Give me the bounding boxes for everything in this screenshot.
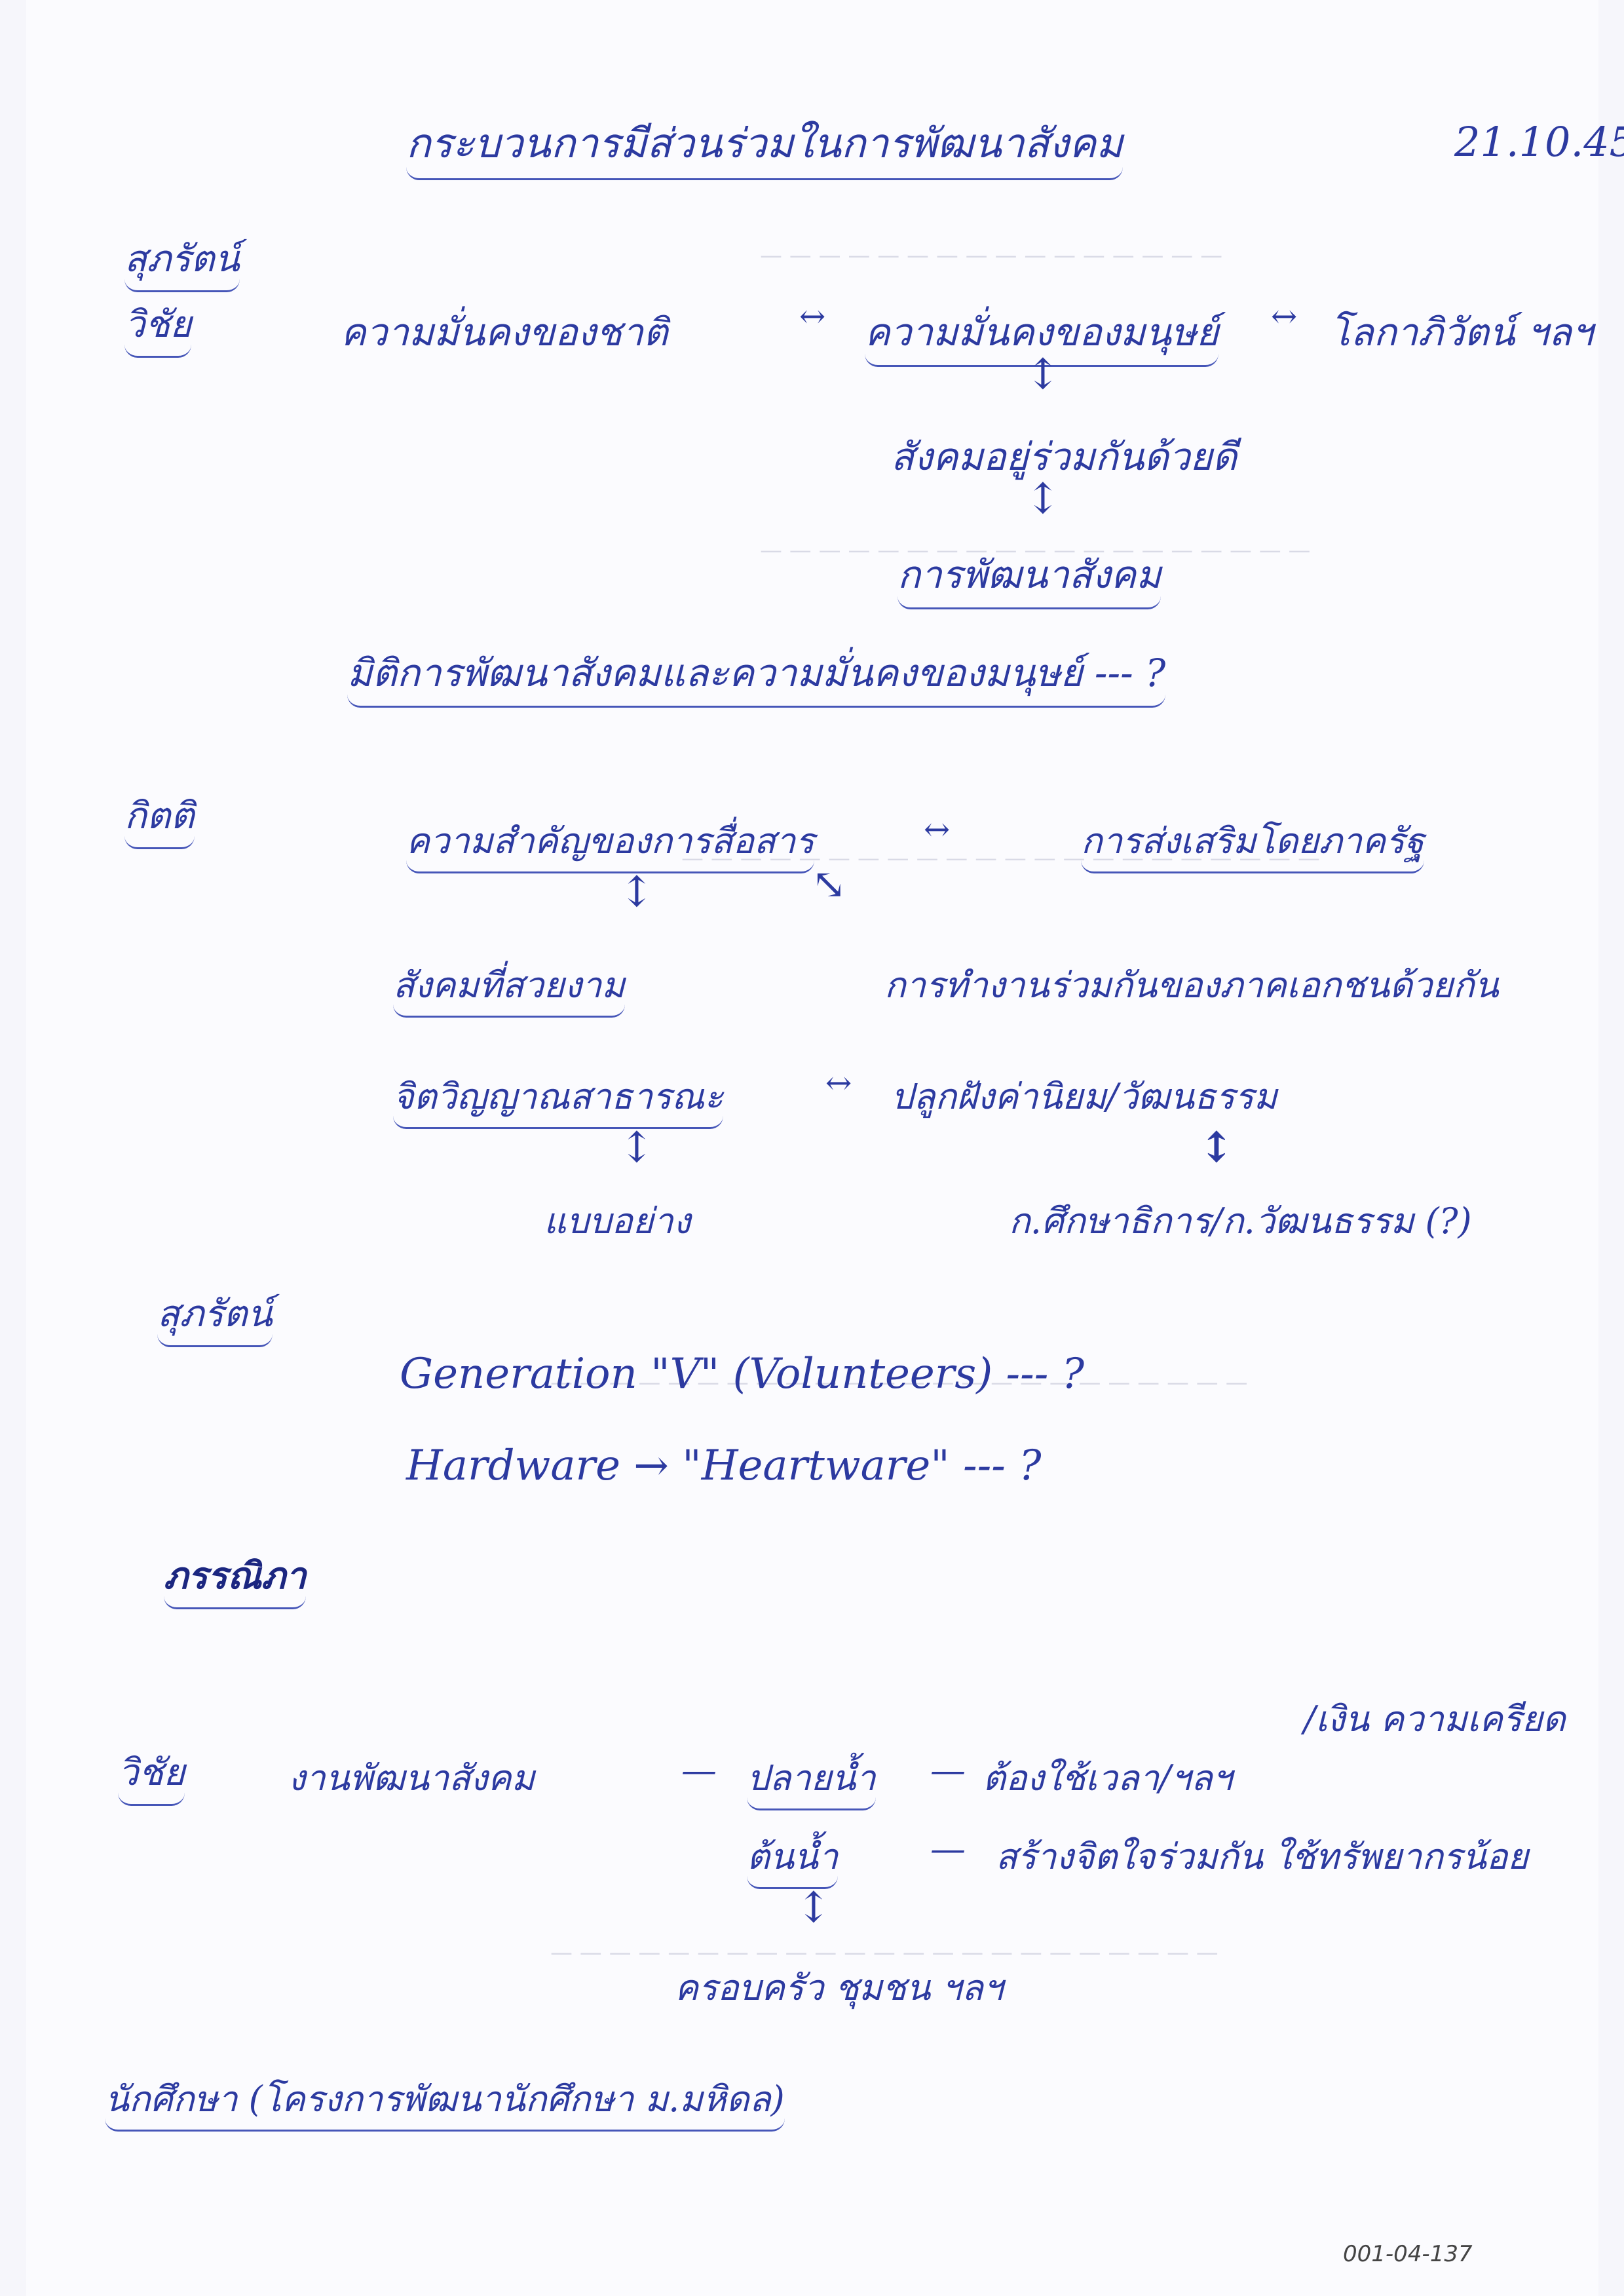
ministries-text: ก.ศึกษาธิการ/ก.วัฒนธรรม (?)	[1009, 1193, 1472, 1249]
dash: —	[681, 1750, 717, 1791]
upstream-note: สร้างจิตใจร่วมกัน ใช้ทรัพยากรน้อย	[996, 1828, 1528, 1885]
speaker-name: ภรรณิภา	[164, 1546, 306, 1609]
living-together-text: สังคมอยู่ร่วมกันด้วยดี	[891, 426, 1237, 487]
private-cooperation-text: การทำงานร่วมกันของภาคเอกชนด้วยกัน	[884, 957, 1499, 1013]
dash: —	[930, 1750, 966, 1791]
page-title: กระบวนการมีส่วนร่วมในการพัฒนาสังคม	[406, 111, 1123, 180]
speaker-name: กิตติ	[124, 786, 195, 849]
family-community-text: ครอบครัว ชุมชน ฯลฯ	[675, 1959, 1003, 2016]
generation-v-text: Generation "V" (Volunteers) --- ?	[400, 1350, 1084, 1398]
speaker-name: วิชัย	[118, 1743, 185, 1806]
role-model-text: แบบอย่าง	[544, 1193, 690, 1249]
speaker-name: สุภรัตน์	[124, 229, 240, 292]
speaker-name: วิชัย	[124, 295, 191, 358]
double-arrow-icon: ↔	[825, 1065, 852, 1101]
vertical-arrow-icon: ↕	[1025, 478, 1061, 520]
upstream-text: ต้นน้ำ	[747, 1828, 838, 1889]
vertical-arrow-icon: ↕	[1025, 354, 1061, 396]
double-arrow-icon: ↔	[799, 298, 825, 335]
question-text: มิติการพัฒนาสังคมและความมั่นคงของมนุษย์ …	[347, 642, 1165, 708]
vertical-arrow-icon: ↕	[619, 871, 654, 913]
double-arrow-icon: ↔	[924, 811, 950, 848]
downstream-note: ต้องใช้เวลา/ฯลฯ	[983, 1750, 1232, 1806]
speaker-name: สุภรัตน์	[157, 1284, 273, 1347]
vertical-arrow-icon: ↕	[796, 1887, 831, 1929]
vertical-arrow-icon: ↕	[1199, 1127, 1234, 1169]
state-promotion-text: การส่งเสริมโดยภาครัฐ	[1081, 813, 1424, 873]
double-arrow-icon: ↔	[1271, 298, 1297, 335]
students-note: นักศึกษา (โครงการพัฒนานักศึกษา ม.มหิดล)	[105, 2071, 785, 2132]
national-security-text: ความมั่นคงของชาติ	[341, 301, 668, 362]
social-development-text: การพัฒนาสังคม	[897, 544, 1161, 609]
downstream-text: ปลายน้ำ	[747, 1750, 876, 1810]
vertical-arrow-icon: ↕	[619, 1127, 654, 1169]
beautiful-society-text: สังคมที่สวยงาม	[393, 957, 625, 1018]
date: 21.10.45	[1454, 118, 1624, 166]
page-code: 001-04-137	[1343, 2241, 1473, 2267]
heartware-text: Hardware → "Heartware" --- ?	[406, 1442, 1042, 1490]
globalization-text: โลกาภิวัตน์ ฯลฯ	[1330, 301, 1593, 362]
social-work-text: งานพัฒนาสังคม	[288, 1750, 535, 1806]
downstream-extra-note: /เงิน ความเครียด	[1304, 1691, 1566, 1747]
values-culture-text: ปลูกฝังค่านิยม/วัฒนธรรม	[891, 1068, 1277, 1124]
handwritten-notes-page: — — — — — — — — — — — — — — — — — — — — …	[26, 0, 1598, 2296]
dash: —	[930, 1828, 966, 1869]
bleed-through-text: — — — — — — — — — — — — — — — —	[760, 242, 1222, 269]
communication-text: ความสำคัญของการสื่อสาร	[406, 813, 814, 873]
public-mind-text: จิตวิญญาณสาธารณะ	[393, 1068, 723, 1129]
